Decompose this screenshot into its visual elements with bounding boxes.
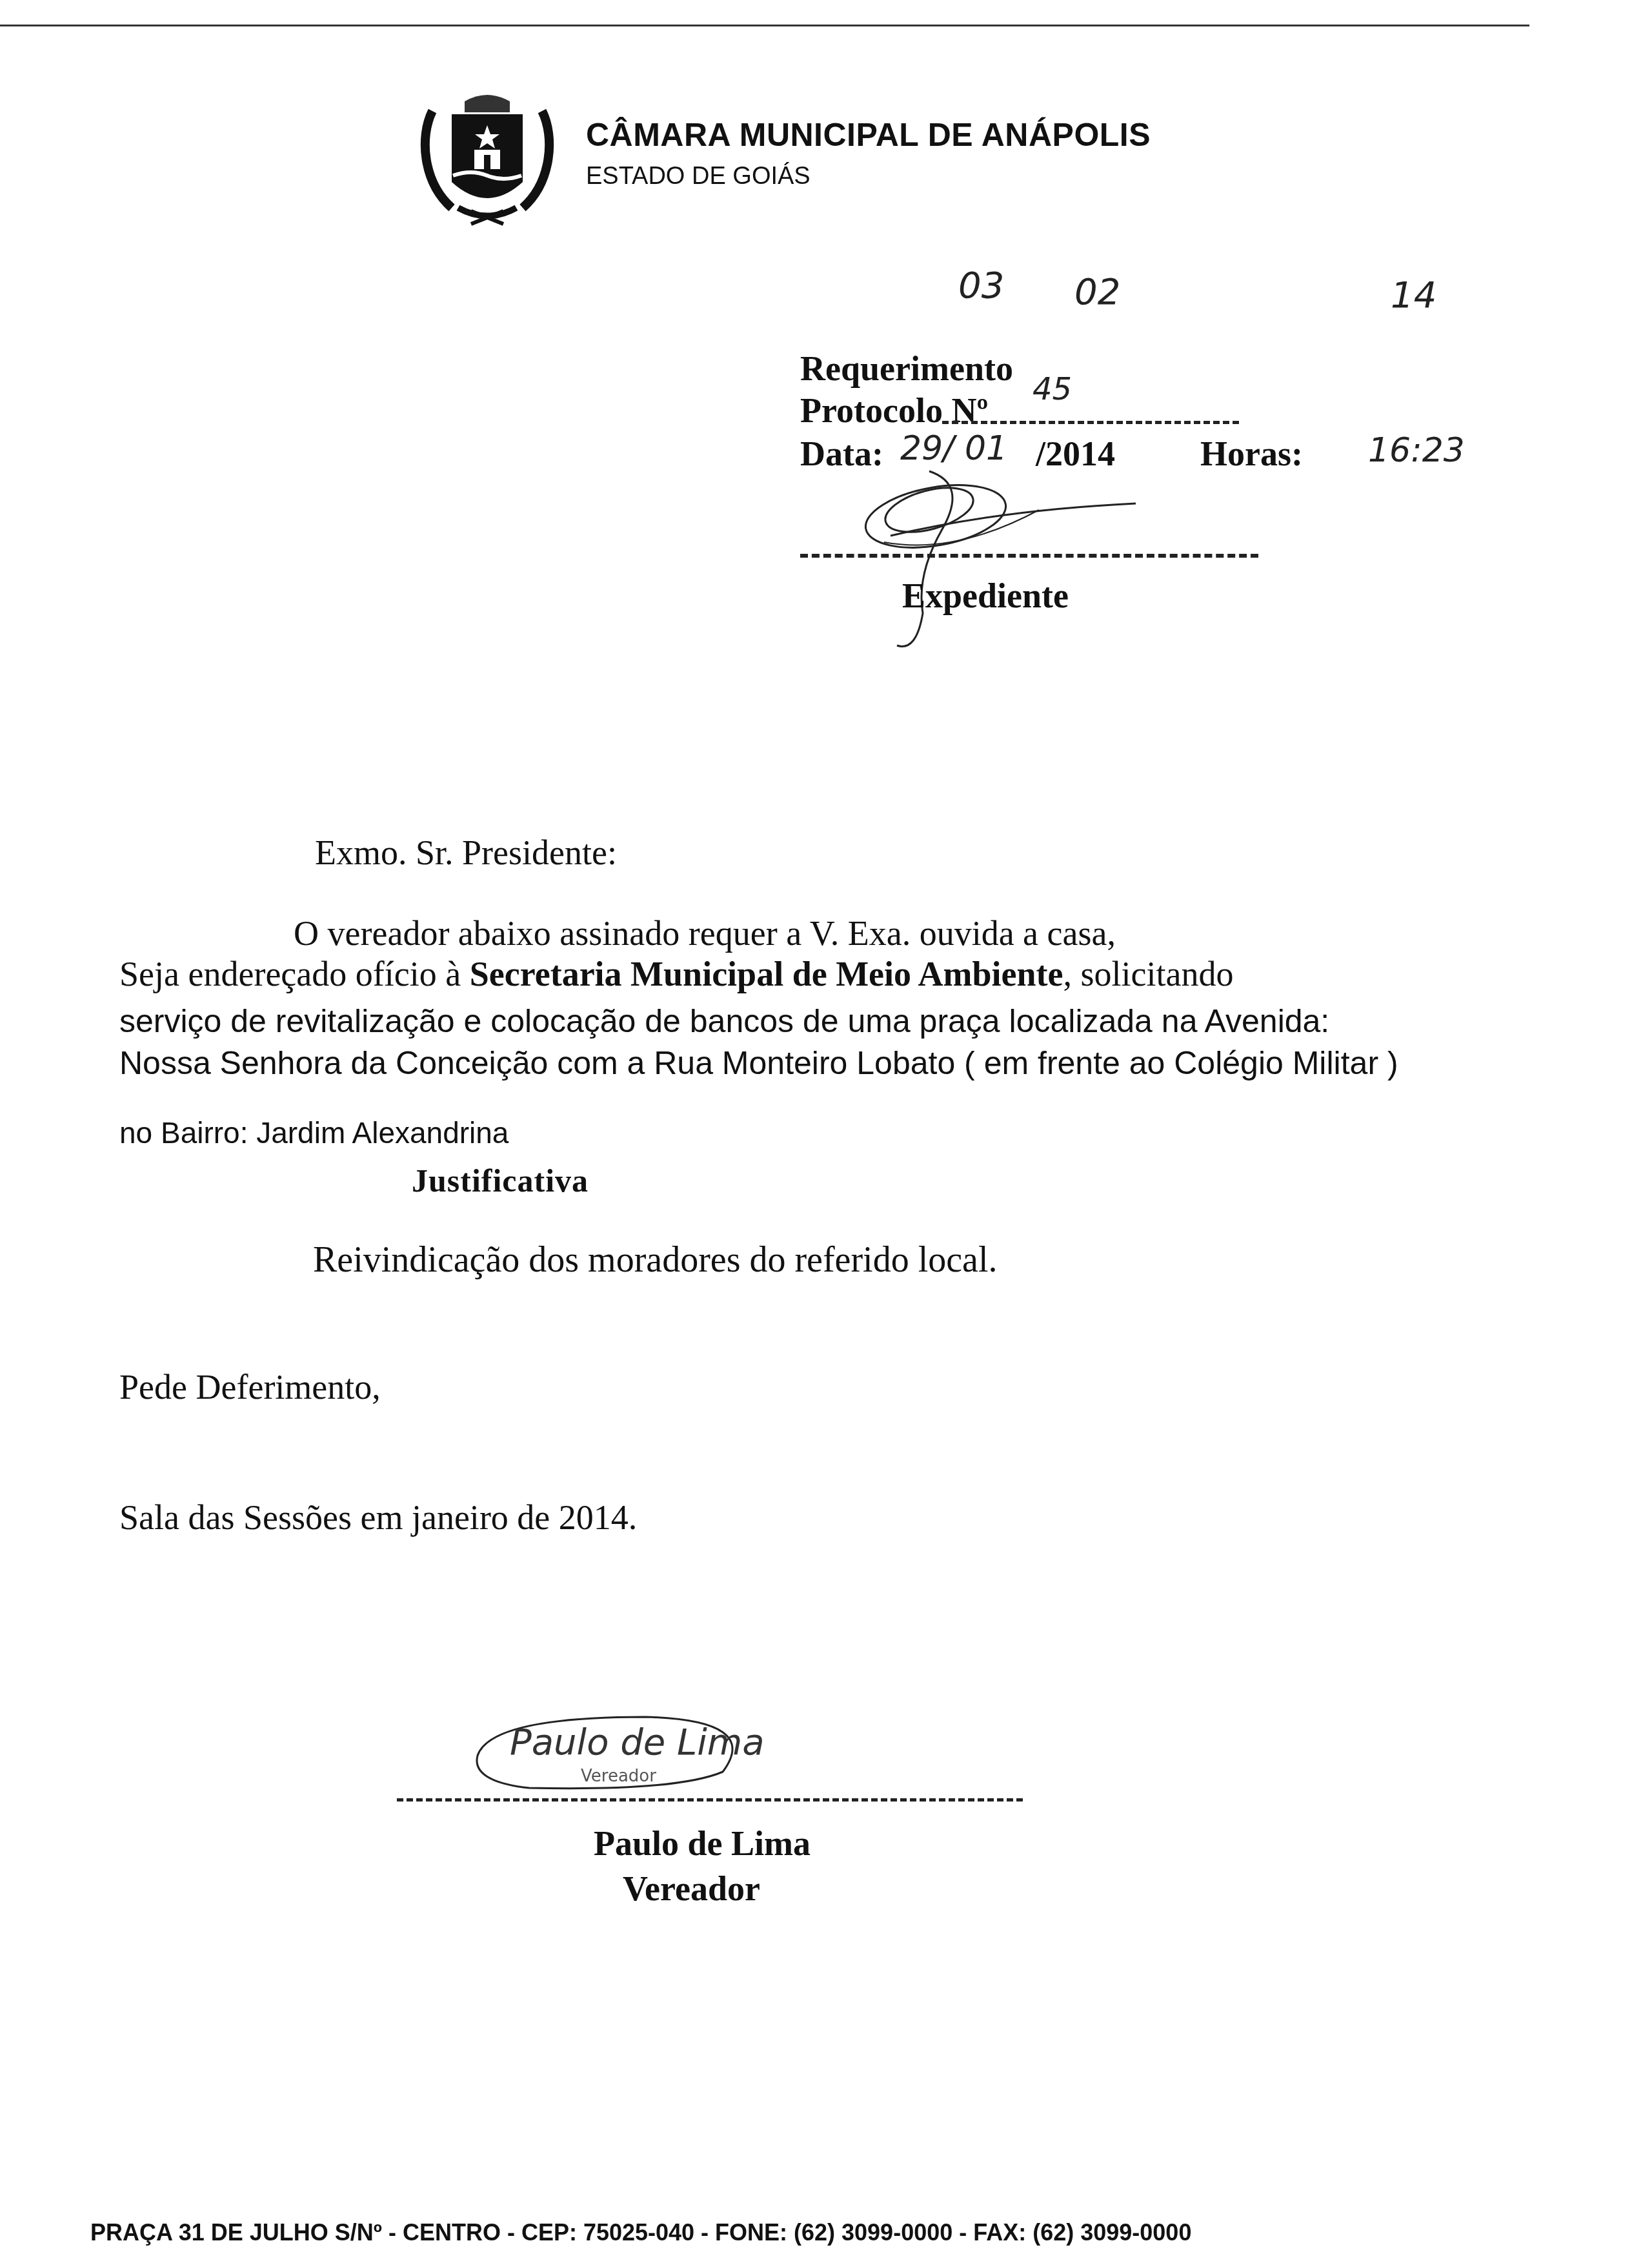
place-date: Sala das Sessões em janeiro de 2014. [119,1497,637,1537]
received-year: 14 [1391,274,1436,316]
justification-title: Justificativa [412,1162,589,1199]
organization-state: ESTADO DE GOIÁS [586,163,811,190]
justification-text: Reivindicação dos moradores do referido … [313,1239,998,1281]
top-rule [0,25,1529,26]
clerk-signature [839,445,1252,658]
intro-paragraph: O vereador abaixo assinado requer a V. E… [294,913,1116,953]
signature-stamp: Paulo de Lima Vereador [452,1710,813,1801]
document-type-label: Requerimento [800,349,1013,389]
signer-name: Paulo de Lima [594,1823,811,1863]
salutation: Exmo. Sr. Presidente: [315,833,617,873]
received-month: 02 [1074,271,1120,313]
request-line-1: Seja endereçado ofício à Secretaria Muni… [119,954,1234,994]
svg-text:Paulo de Lima: Paulo de Lima [510,1721,765,1763]
request-text-start: Seja endereçado ofício à [119,955,470,993]
request-line-2: serviço de revitalização e colocação de … [119,1002,1329,1040]
protocol-number-value: 45 [1032,371,1072,407]
organization-name: CÂMARA MUNICIPAL DE ANÁPOLIS [586,116,1151,154]
time-value: 16:23 [1368,431,1465,470]
municipal-coat-of-arms-icon [413,85,561,227]
department-label: Expediente [902,576,1069,616]
request-text-end: , solicitando [1063,955,1234,993]
request-line-3: Nossa Senhora da Conceição com a Rua Mon… [119,1044,1398,1082]
recipient-department: Secretaria Municipal de Meio Ambiente [470,955,1063,993]
signature-line [397,1798,1023,1801]
protocol-number-label: Protocolo Nº [800,391,988,431]
protocol-number-line [942,421,1239,424]
department-line [800,554,1258,558]
closing-line: Pede Deferimento, [119,1367,381,1407]
received-day: 03 [958,265,1004,307]
request-line-4: no Bairro: Jardim Alexandrina [119,1115,509,1150]
signer-role: Vereador [623,1869,760,1909]
footer-address: PRAÇA 31 DE JULHO S/Nº - CENTRO - CEP: 7… [90,2219,1191,2246]
svg-text:Vereador: Vereador [581,1767,656,1786]
